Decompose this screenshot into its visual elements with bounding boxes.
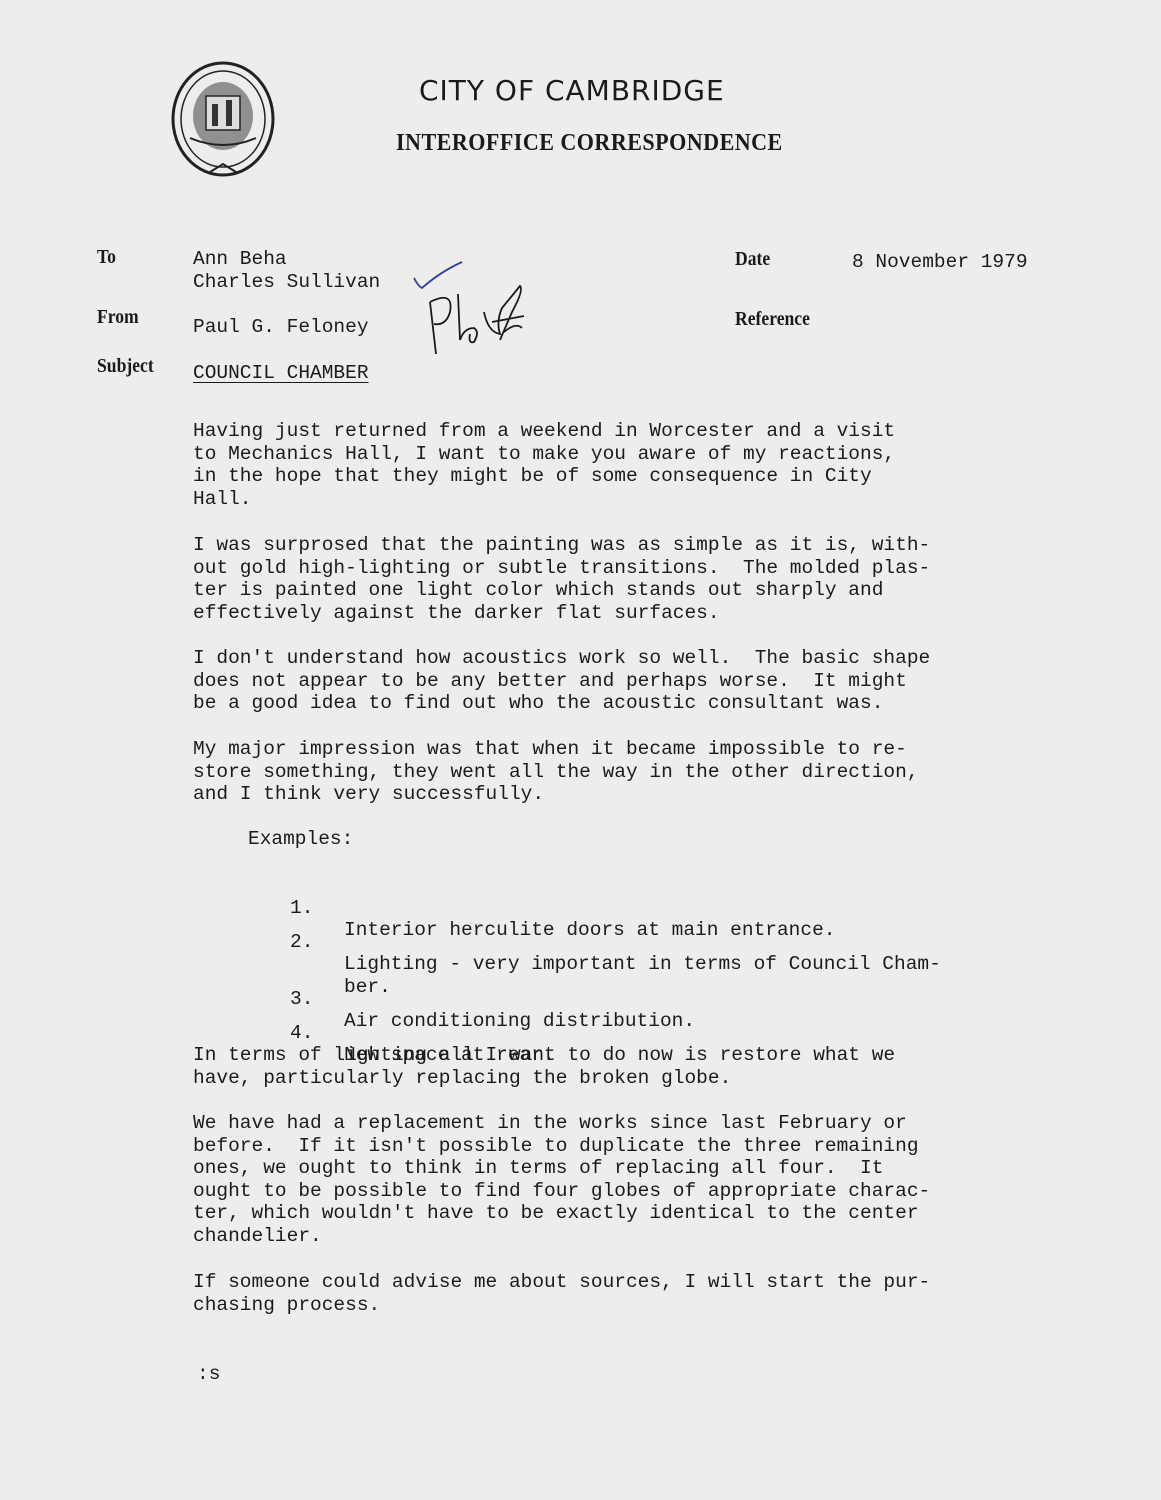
from-value: Paul G. Feloney bbox=[193, 316, 369, 339]
example-number: 1. bbox=[290, 897, 313, 920]
example-text: Interior herculite doors at main entranc… bbox=[344, 919, 835, 942]
example-number: 3. bbox=[290, 988, 313, 1011]
examples-label: Examples: bbox=[248, 828, 353, 851]
to-recipient-2: Charles Sullivan bbox=[193, 271, 380, 294]
example-number: 4. bbox=[290, 1022, 313, 1045]
closing-paragraph-3: If someone could advise me about sources… bbox=[193, 1271, 1073, 1316]
to-label: To bbox=[97, 246, 116, 269]
date-value: 8 November 1979 bbox=[852, 251, 1028, 274]
to-recipient-1: Ann Beha bbox=[193, 248, 287, 271]
document-type: INTEROFFICE CORRESPONDENCE bbox=[396, 130, 783, 157]
signature-initials bbox=[424, 282, 544, 362]
typist-initials: :s bbox=[197, 1363, 220, 1386]
example-item: 4. New space at rear. bbox=[0, 999, 47, 1089]
reference-label: Reference bbox=[735, 308, 810, 331]
example-text: Lighting - very important in terms of Co… bbox=[344, 953, 941, 998]
closing-paragraph-1: In terms of lighting all I want to do no… bbox=[193, 1044, 1073, 1089]
body-paragraph-4: My major impression was that when it bec… bbox=[193, 738, 1073, 806]
subject-value: COUNCIL CHAMBER bbox=[193, 362, 369, 385]
subject-label: Subject bbox=[97, 355, 154, 378]
body-paragraph-2: I was surprosed that the painting was as… bbox=[193, 534, 1073, 624]
from-label: From bbox=[97, 306, 139, 329]
memo-page: CITY OF CAMBRIDGE INTEROFFICE CORRESPOND… bbox=[0, 0, 1161, 1500]
body-paragraph-3: I don't understand how acoustics work so… bbox=[193, 647, 1073, 715]
organization-title: CITY OF CAMBRIDGE bbox=[419, 74, 725, 107]
example-text: Air conditioning distribution. bbox=[344, 1010, 695, 1033]
date-label: Date bbox=[735, 248, 770, 271]
body-paragraph-1: Having just returned from a weekend in W… bbox=[193, 420, 1073, 510]
city-seal-icon bbox=[170, 60, 276, 178]
closing-paragraph-2: We have had a replacement in the works s… bbox=[193, 1112, 1073, 1248]
example-number: 2. bbox=[290, 931, 313, 954]
